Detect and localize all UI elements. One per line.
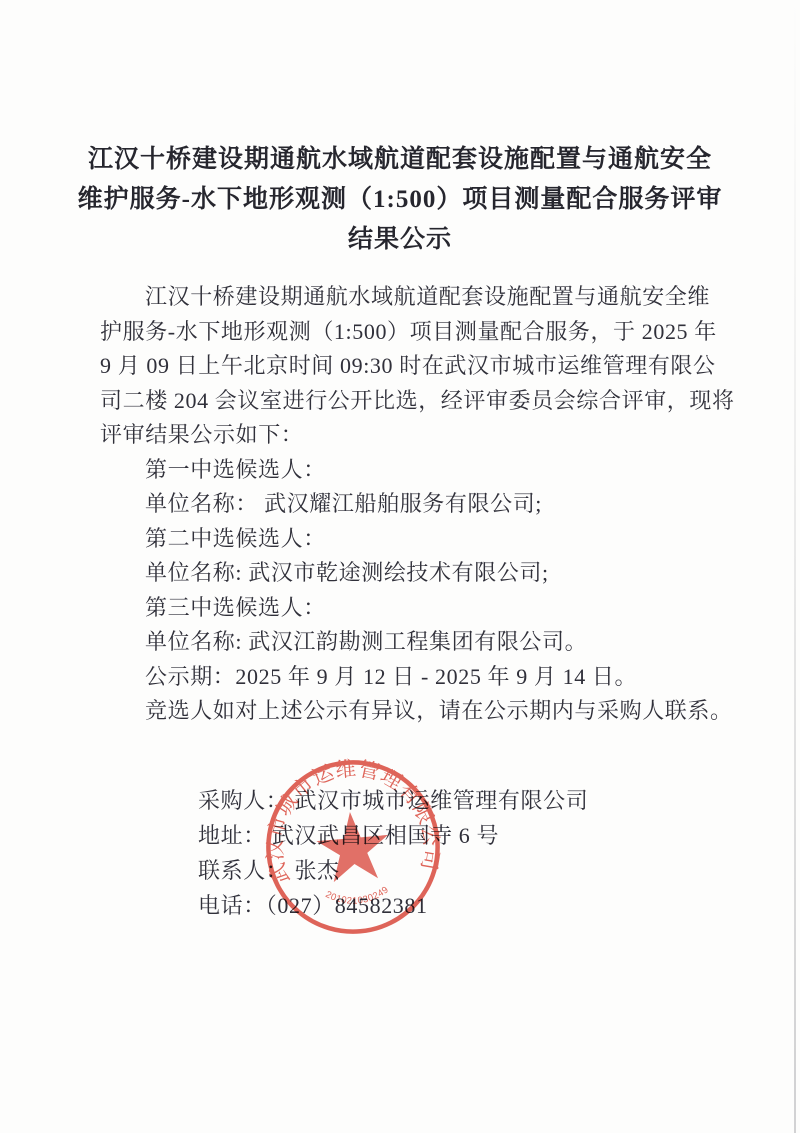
document-page: 江汉十桥建设期通航水域航道配套设施配置与通航安全 维护服务-水下地形观测（1:5… xyxy=(0,0,800,1133)
candidate-company: 单位名称: 武汉市乾途测绘技术有限公司; xyxy=(100,556,725,591)
document-body: 江汉十桥建设期通航水域航道配套设施配置与通航安全维 护服务-水下地形观测（1:5… xyxy=(100,280,725,729)
official-seal: 武汉市城市运维管理有限公司 42010210302496 xyxy=(255,749,450,944)
title-line: 维护服务-水下地形观测（1:500）项目测量配合服务评审 xyxy=(0,180,800,220)
body-line: 护服务-水下地形观测（1:500）项目测量配合服务，于 2025 年 xyxy=(100,315,725,350)
body-line: 司二楼 204 会议室进行公开比选，经评审委员会综合评审，现将 xyxy=(100,384,725,419)
body-line: 江汉十桥建设期通航水域航道配套设施配置与通航安全维 xyxy=(100,280,725,315)
title-line: 江汉十桥建设期通航水域航道配套设施配置与通航安全 xyxy=(0,140,800,180)
candidate-heading: 第二中选候选人： xyxy=(100,522,725,557)
document-title: 江汉十桥建设期通航水域航道配套设施配置与通航安全 维护服务-水下地形观测（1:5… xyxy=(0,140,800,260)
body-line: 9 月 09 日上午北京时间 09:30 时在武汉市城市运维管理有限公 xyxy=(100,349,725,384)
objection-notice-line: 竞选人如对上述公示有异议，请在公示期内与采购人联系。 xyxy=(100,694,725,729)
candidate-company: 单位名称： 武汉耀江船舶服务有限公司; xyxy=(100,487,725,522)
star-icon xyxy=(314,809,392,883)
scan-edge-artifact xyxy=(794,0,796,1133)
title-line: 结果公示 xyxy=(0,220,800,260)
candidate-heading: 第一中选候选人： xyxy=(100,453,725,488)
candidate-heading: 第三中选候选人： xyxy=(100,591,725,626)
candidate-company: 单位名称: 武汉江韵勘测工程集团有限公司。 xyxy=(100,625,725,660)
publicity-period-line: 公示期：2025 年 9 月 12 日 - 2025 年 9 月 14 日。 xyxy=(100,660,725,695)
body-line: 评审结果公示如下： xyxy=(100,418,725,453)
